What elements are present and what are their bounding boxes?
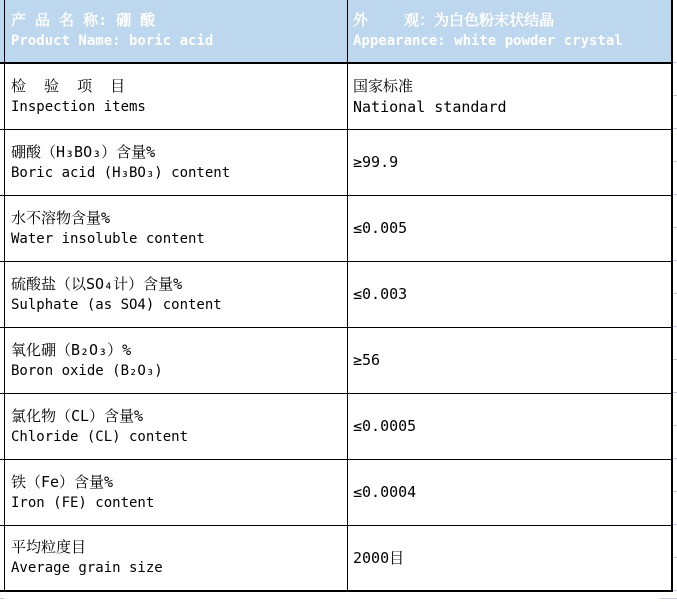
item-value: 国家标准 (353, 76, 671, 97)
item-value: ≤0.005 (353, 218, 671, 239)
value-cell: 国家标准 National standard (347, 64, 673, 129)
table-header-row: 产 品 名 称: 硼 酸 Product Name: boric acid 外 … (0, 0, 673, 64)
item-label-en: Chloride (CL) content (11, 427, 347, 448)
item-value: ≤0.0004 (353, 482, 671, 503)
header-product-cell: 产 品 名 称: 硼 酸 Product Name: boric acid (4, 0, 347, 62)
item-label-en: Boron oxide (B₂O₃) (11, 361, 347, 382)
item-cell: 硫酸盐（以SO₄计）含量% Sulphate (as SO4) content (4, 262, 347, 327)
item-label-en: Inspection items (11, 97, 347, 118)
item-label-zh: 检 验 项 目 (11, 76, 347, 97)
table-row: 氧化硼（B₂O₃）% Boron oxide (B₂O₃) ≥56 (0, 328, 673, 394)
item-value: ≤0.0005 (353, 416, 671, 437)
product-name-en: Product Name: boric acid (11, 31, 347, 52)
item-label-zh: 硫酸盐（以SO₄计）含量% (11, 274, 347, 295)
spreadsheet-gridline-right (673, 30, 677, 602)
value-cell: ≥99.9 (347, 130, 673, 195)
value-cell: ≤0.005 (347, 196, 673, 261)
item-cell: 氧化硼（B₂O₃）% Boron oxide (B₂O₃) (4, 328, 347, 393)
value-cell: ≤0.0004 (347, 460, 673, 525)
spec-sheet-canvas: 产 品 名 称: 硼 酸 Product Name: boric acid 外 … (0, 0, 677, 602)
table-row: 平均粒度目 Average grain size 2000目 (0, 526, 673, 592)
item-cell: 检 验 项 目 Inspection items (4, 64, 347, 129)
value-cell: ≤0.0005 (347, 394, 673, 459)
item-cell: 铁（Fe）含量% Iron (FE) content (4, 460, 347, 525)
item-label-en: Water insoluble content (11, 229, 347, 250)
item-label-zh: 氯化物（CL）含量% (11, 406, 347, 427)
table-row: 检 验 项 目 Inspection items 国家标准 National s… (0, 64, 673, 130)
table-row: 氯化物（CL）含量% Chloride (CL) content ≤0.0005 (0, 394, 673, 460)
table-row: 铁（Fe）含量% Iron (FE) content ≤0.0004 (0, 460, 673, 526)
item-cell: 氯化物（CL）含量% Chloride (CL) content (4, 394, 347, 459)
item-label-en: Iron (FE) content (11, 493, 347, 514)
item-label-zh: 铁（Fe）含量% (11, 472, 347, 493)
item-value-en: National standard (353, 97, 671, 118)
table-row: 硫酸盐（以SO₄计）含量% Sulphate (as SO4) content … (0, 262, 673, 328)
header-appearance-cell: 外 观：为白色粉末状结晶 Appearance: white powder cr… (347, 0, 673, 62)
item-label-zh: 平均粒度目 (11, 537, 347, 558)
product-name-zh: 产 品 名 称: 硼 酸 (11, 10, 347, 31)
value-cell: ≤0.003 (347, 262, 673, 327)
item-label-en: Sulphate (as SO4) content (11, 295, 347, 316)
item-label-en: Boric acid (H₃BO₃) content (11, 163, 347, 184)
item-label-zh: 硼酸（H₃BO₃）含量% (11, 142, 347, 163)
table-row: 水不溶物含量% Water insoluble content ≤0.005 (0, 196, 673, 262)
item-cell: 硼酸（H₃BO₃）含量% Boric acid (H₃BO₃) content (4, 130, 347, 195)
item-label-zh: 水不溶物含量% (11, 208, 347, 229)
value-cell: 2000目 (347, 526, 673, 590)
item-value: ≥99.9 (353, 152, 671, 173)
item-label-en: Average grain size (11, 558, 347, 579)
item-cell: 水不溶物含量% Water insoluble content (4, 196, 347, 261)
product-spec-table: 产 品 名 称: 硼 酸 Product Name: boric acid 外 … (0, 0, 673, 592)
value-cell: ≥56 (347, 328, 673, 393)
item-value: ≥56 (353, 350, 671, 371)
item-cell: 平均粒度目 Average grain size (4, 526, 347, 590)
item-value: ≤0.003 (353, 284, 671, 305)
spreadsheet-gridline-bottom-left (0, 598, 4, 599)
item-label-zh: 氧化硼（B₂O₃）% (11, 340, 347, 361)
table-row: 硼酸（H₃BO₃）含量% Boric acid (H₃BO₃) content … (0, 130, 673, 196)
appearance-en: Appearance: white powder crystal (353, 31, 671, 52)
item-value: 2000目 (353, 548, 671, 569)
appearance-zh: 外 观：为白色粉末状结晶 (353, 10, 671, 31)
spreadsheet-gridline-bottom-right (660, 598, 677, 599)
